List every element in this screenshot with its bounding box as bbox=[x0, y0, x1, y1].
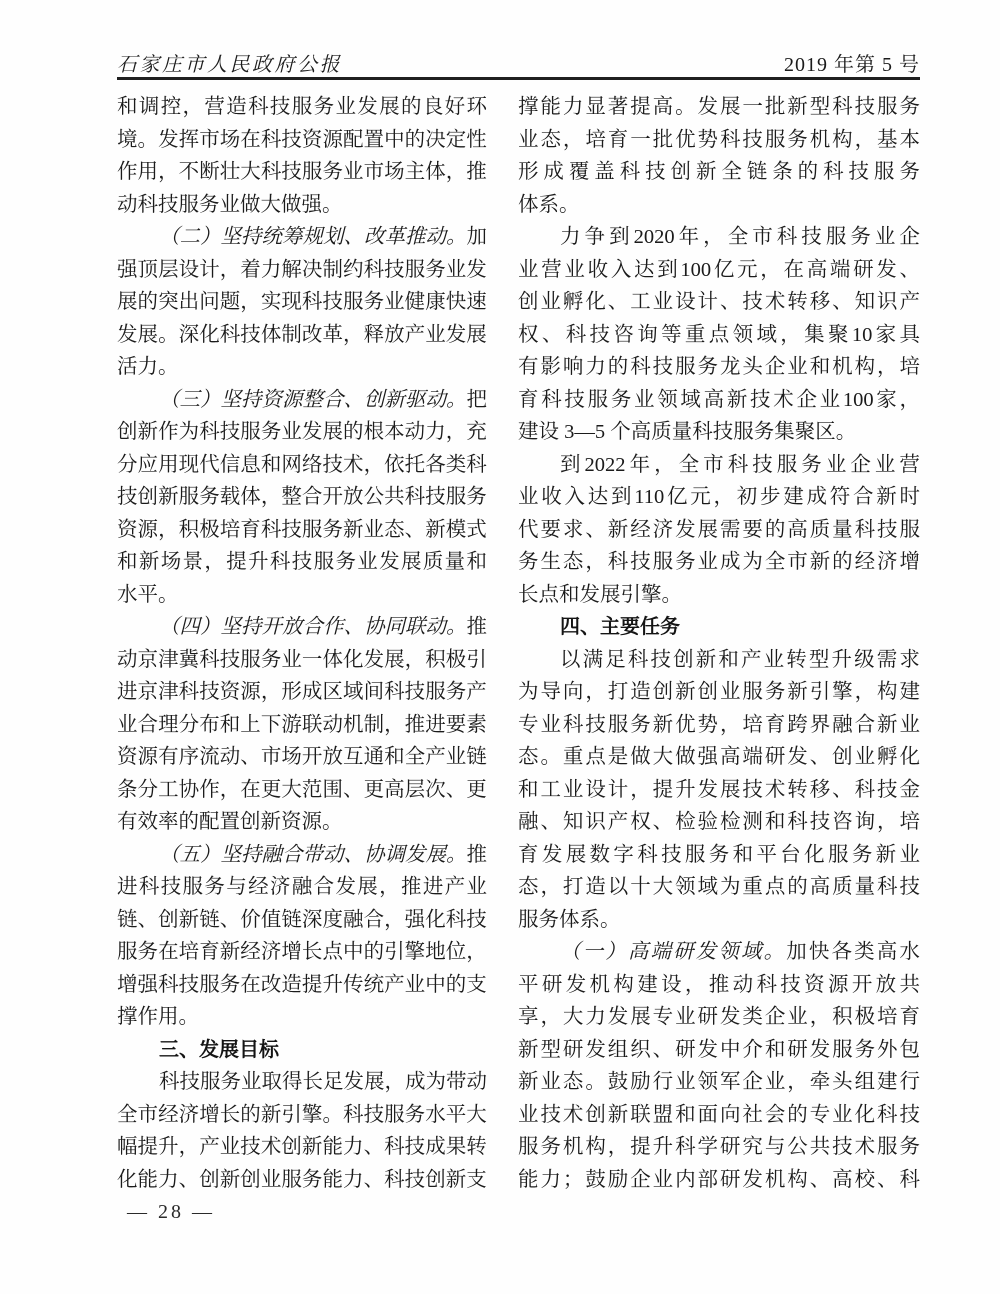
text-line: 业态，培育一批优势科技服务机构，基本 bbox=[518, 124, 920, 157]
text-line: 全市经济增长的新引擎。科技服务水平大 bbox=[117, 1099, 487, 1132]
text-line: 服务机构，提升科学研究与公共技术服务 bbox=[518, 1131, 920, 1164]
text-line: 建设 3—5 个高质量科技服务集聚区。 bbox=[518, 416, 920, 449]
text-line: 撑能力显著提高。发展一批新型科技服务 bbox=[518, 91, 920, 124]
text-line: 为导向，打造创新创业服务新引擎，构建 bbox=[518, 676, 920, 709]
text-line: 创新作为科技服务业发展的根本动力，充 bbox=[117, 416, 487, 449]
text-line: 动京津冀科技服务业一体化发展，积极引 bbox=[117, 644, 487, 677]
text-line: 和调控，营造科技服务业发展的良好环 bbox=[117, 91, 487, 124]
text-line: 业技术创新联盟和面向社会的专业化科技 bbox=[518, 1099, 920, 1132]
text-line: 融、知识产权、检验检测和科技咨询，培 bbox=[518, 806, 920, 839]
gazette-page: 石家庄市人民政府公报 2019 年第 5 号 和调控，营造科技服务业发展的良好环… bbox=[0, 0, 1000, 1294]
page-number: — 28 — bbox=[127, 1201, 215, 1224]
text-line: 育发展数字科技服务和平台化服务新业 bbox=[518, 839, 920, 872]
page-header: 石家庄市人民政府公报 2019 年第 5 号 bbox=[117, 48, 920, 77]
text-line: 力争到2020年，全市科技服务业企 bbox=[518, 221, 920, 254]
text-line: （二）坚持统筹规划、改革推动。加 bbox=[117, 221, 487, 254]
text-line: 享，大力发展专业研发类企业，积极培育 bbox=[518, 1001, 920, 1034]
text-line: 专业科技服务新优势，培育跨界融合新业 bbox=[518, 709, 920, 742]
text-line: 业合理分布和上下游联动机制，推进要素 bbox=[117, 709, 487, 742]
text-line: 代要求、新经济发展需要的高质量科技服 bbox=[518, 514, 920, 547]
text-line: 科技服务业取得长足发展，成为带动 bbox=[117, 1066, 487, 1099]
text-line: 业营业收入达到100亿元，在高端研发、 bbox=[518, 254, 920, 287]
text-line: 新型研发组织、研发中介和研发服务外包 bbox=[518, 1034, 920, 1067]
text-line: 动科技服务业做大做强。 bbox=[117, 189, 487, 222]
text-line: 链、创新链、价值链深度融合，强化科技 bbox=[117, 904, 487, 937]
text-line: 强顶层设计，着力解决制约科技服务业发 bbox=[117, 254, 487, 287]
text-line: 权、科技咨询等重点领域，集聚10家具 bbox=[518, 319, 920, 352]
text-line: 活力。 bbox=[117, 351, 487, 384]
text-line: 新业态。鼓励行业领军企业，牵头组建行 bbox=[518, 1066, 920, 1099]
text-line: 创业孵化、工业设计、技术转移、知识产 bbox=[518, 286, 920, 319]
text-line: 务生态，科技服务业成为全市新的经济增 bbox=[518, 546, 920, 579]
text-line: 展的突出问题，实现科技服务业健康快速 bbox=[117, 286, 487, 319]
text-line: 资源，积极培育科技服务新业态、新模式 bbox=[117, 514, 487, 547]
text-line: 作用，不断壮大科技服务业市场主体，推 bbox=[117, 156, 487, 189]
text-line: 和工业设计，提升发展技术转移、科技金 bbox=[518, 774, 920, 807]
text-line: 形成覆盖科技创新全链条的科技服务 bbox=[518, 156, 920, 189]
text-line: 业收入达到110亿元，初步建成符合新时 bbox=[518, 481, 920, 514]
text-line: 态。重点是做大做强高端研发、创业孵化 bbox=[518, 741, 920, 774]
issue-number: 2019 年第 5 号 bbox=[784, 48, 920, 77]
text-line: 到2022年，全市科技服务业企业营 bbox=[518, 449, 920, 482]
text-line: （一）高端研发领域。加快各类高水 bbox=[518, 936, 920, 969]
text-line: 服务在培育新经济增长点中的引擎地位， bbox=[117, 936, 487, 969]
section-heading: 三、发展目标 bbox=[117, 1034, 487, 1067]
content-columns: 和调控，营造科技服务业发展的良好环境。发挥市场在科技资源配置中的决定性作用，不断… bbox=[117, 91, 920, 1196]
text-line: 资源有序流动、市场开放互通和全产业链 bbox=[117, 741, 487, 774]
text-line: 水平。 bbox=[117, 579, 487, 612]
column-right: 撑能力显著提高。发展一批新型科技服务业态，培育一批优势科技服务机构，基本形成覆盖… bbox=[518, 91, 920, 1196]
text-line: 有影响力的科技服务龙头企业和机构，培 bbox=[518, 351, 920, 384]
text-line: （五）坚持融合带动、协调发展。推 bbox=[117, 839, 487, 872]
text-line: 境。发挥市场在科技资源配置中的决定性 bbox=[117, 124, 487, 157]
text-line: 条分工协作，在更大范围、更高层次、更 bbox=[117, 774, 487, 807]
text-line: 能力；鼓励企业内部研发机构、高校、科 bbox=[518, 1164, 920, 1197]
header-divider bbox=[117, 77, 920, 80]
text-line: 有效率的配置创新资源。 bbox=[117, 806, 487, 839]
text-line: 进科技服务与经济融合发展，推进产业 bbox=[117, 871, 487, 904]
text-line: 平研发机构建设，推动科技资源开放共 bbox=[518, 969, 920, 1002]
text-line: （四）坚持开放合作、协同联动。推 bbox=[117, 611, 487, 644]
section-heading: 四、主要任务 bbox=[518, 611, 920, 644]
text-line: 态，打造以十大领域为重点的高质量科技 bbox=[518, 871, 920, 904]
text-line: 服务体系。 bbox=[518, 904, 920, 937]
gazette-title: 石家庄市人民政府公报 bbox=[117, 48, 342, 77]
text-line: 增强科技服务在改造提升传统产业中的支 bbox=[117, 969, 487, 1002]
text-line: 育科技服务业领域高新技术企业100家， bbox=[518, 384, 920, 417]
text-line: 发展。深化科技体制改革，释放产业发展 bbox=[117, 319, 487, 352]
text-line: 化能力、创新创业服务能力、科技创新支 bbox=[117, 1164, 487, 1197]
text-line: 进京津科技资源，形成区域间科技服务产 bbox=[117, 676, 487, 709]
text-line: 分应用现代信息和网络技术，依托各类科 bbox=[117, 449, 487, 482]
text-line: （三）坚持资源整合、创新驱动。把 bbox=[117, 384, 487, 417]
text-line: 技创新服务载体，整合开放公共科技服务 bbox=[117, 481, 487, 514]
text-line: 体系。 bbox=[518, 189, 920, 222]
text-line: 撑作用。 bbox=[117, 1001, 487, 1034]
column-left: 和调控，营造科技服务业发展的良好环境。发挥市场在科技资源配置中的决定性作用，不断… bbox=[117, 91, 487, 1196]
text-line: 以满足科技创新和产业转型升级需求 bbox=[518, 644, 920, 677]
text-line: 幅提升，产业技术创新能力、科技成果转 bbox=[117, 1131, 487, 1164]
text-line: 长点和发展引擎。 bbox=[518, 579, 920, 612]
text-line: 和新场景，提升科技服务业发展质量和 bbox=[117, 546, 487, 579]
